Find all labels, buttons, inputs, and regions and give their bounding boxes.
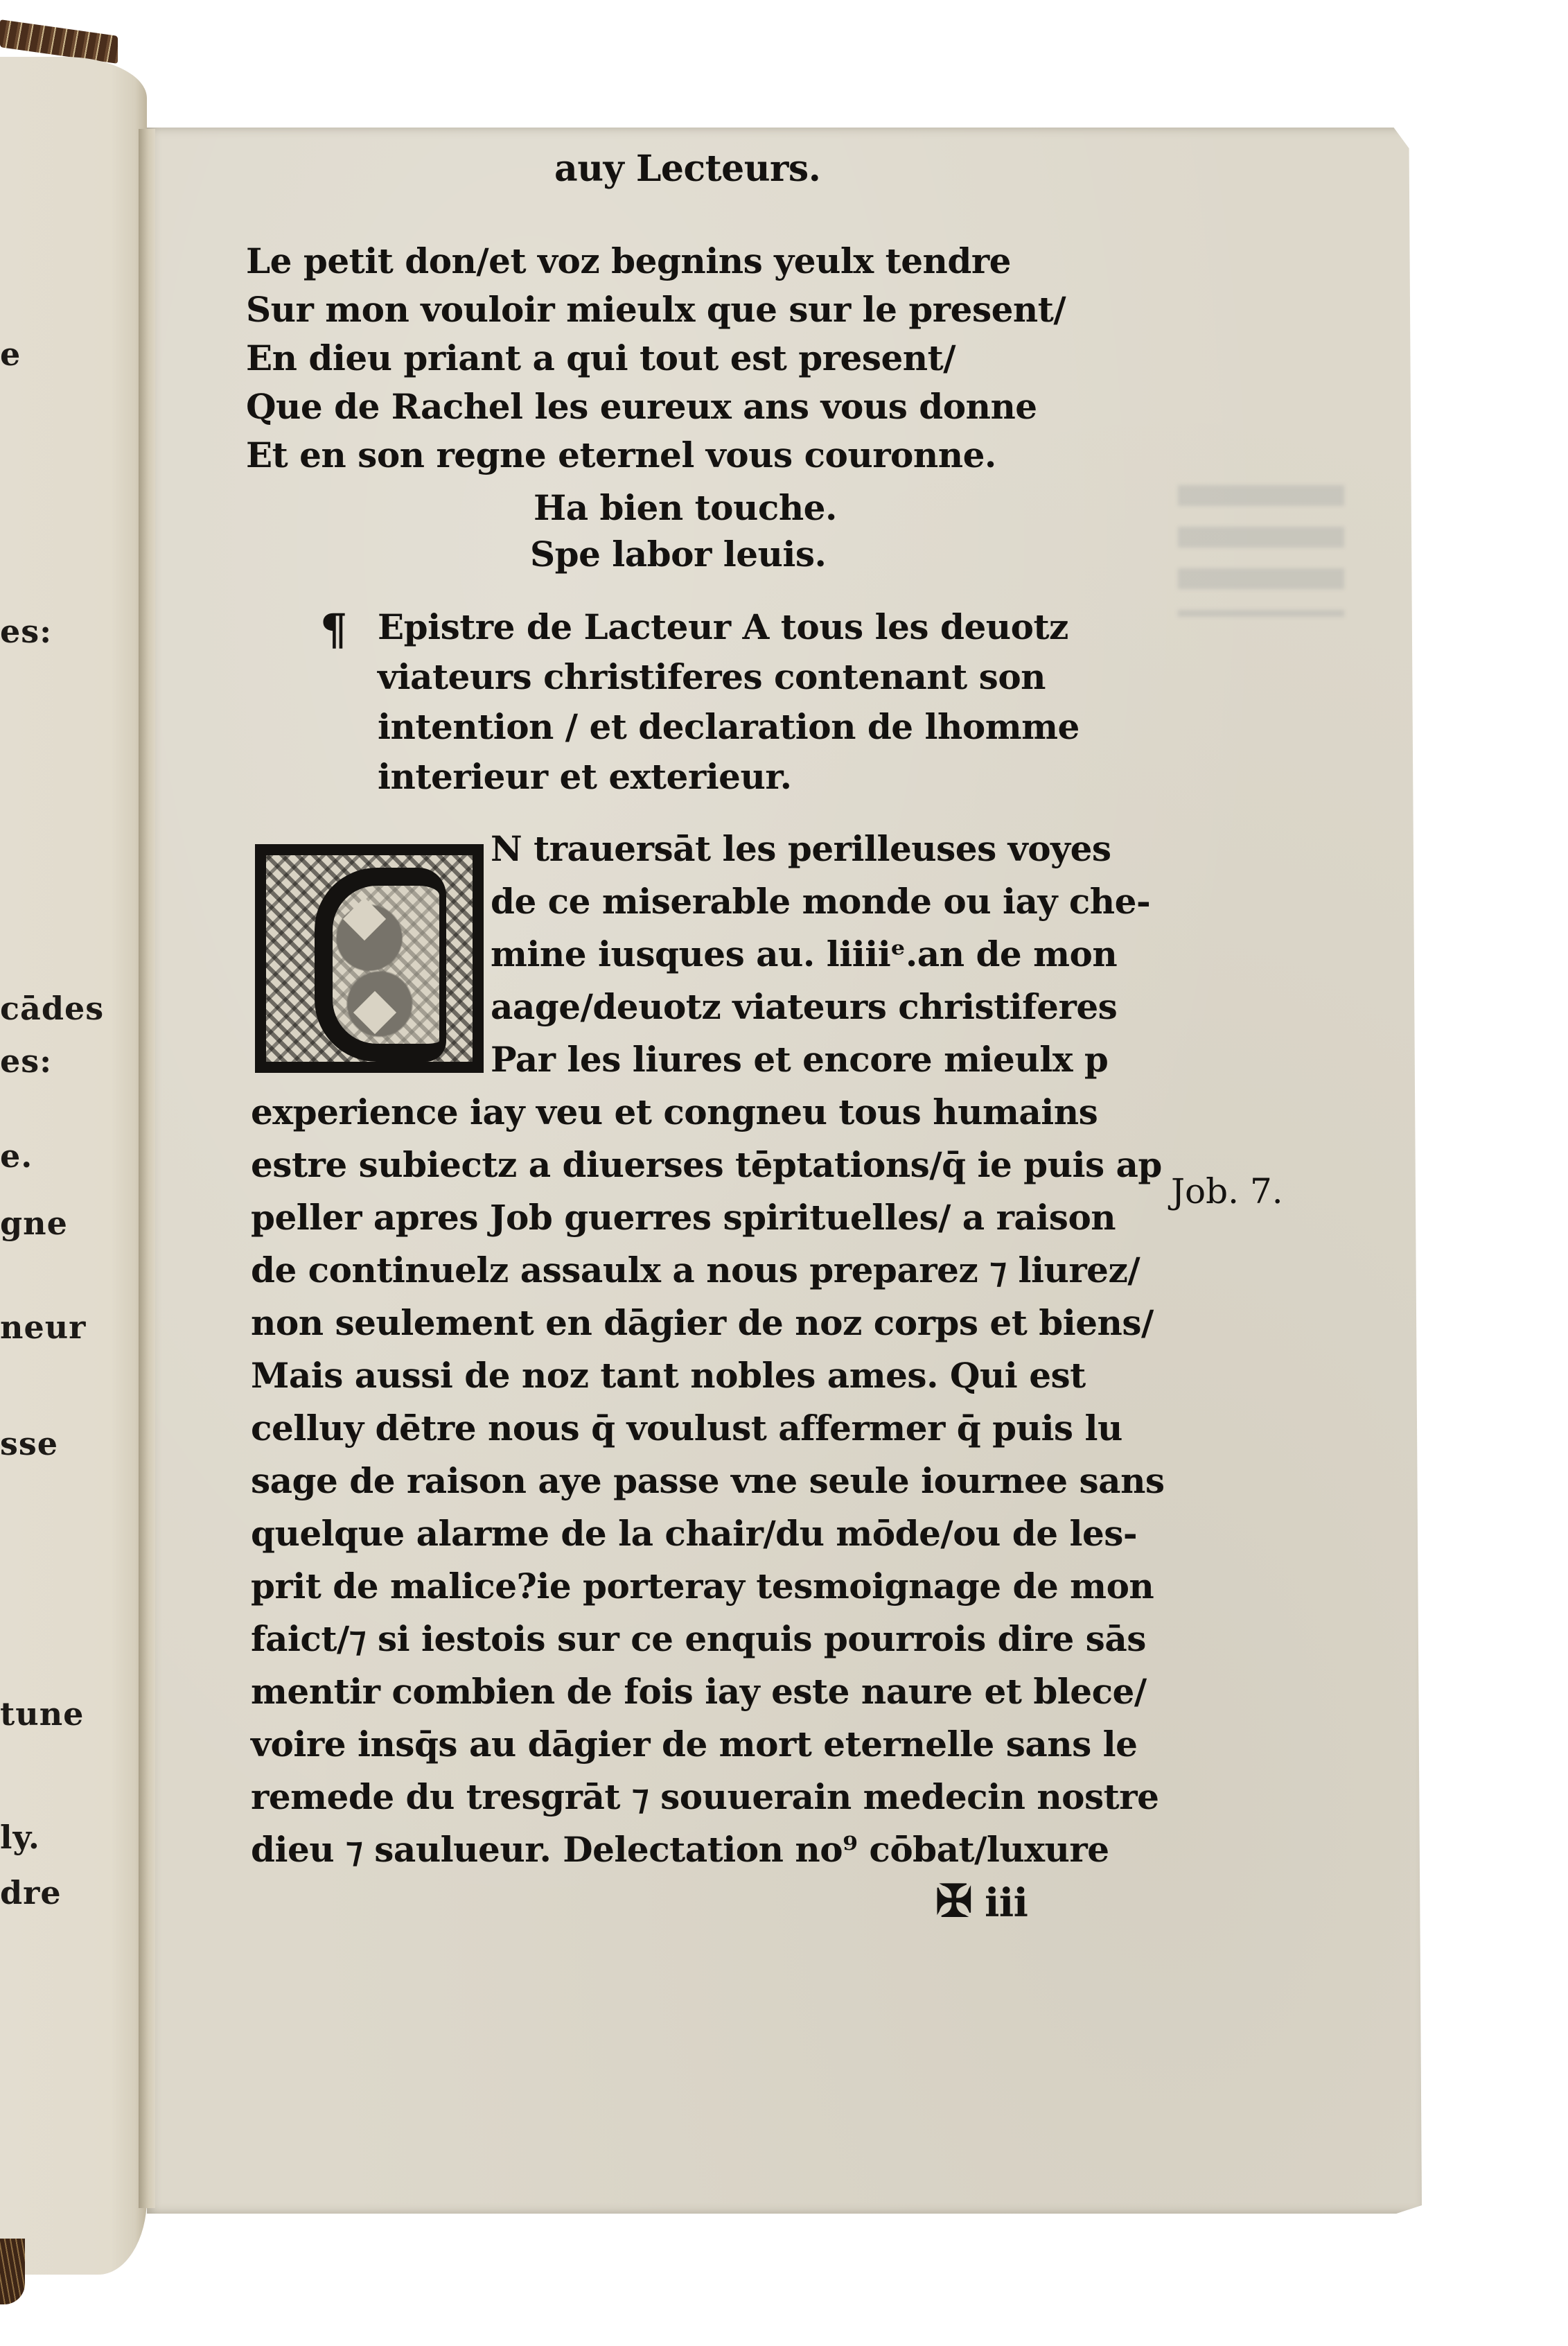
body-line: experience iay veu et congneu tous humai… (251, 1095, 1098, 1130)
left-page: e es: cādes es: e. gne neur sse tune ly.… (0, 57, 147, 2275)
epistle-heading-line: intention / et declaration de lhomme (378, 710, 1080, 744)
book-cover-edge-bottom (0, 2239, 25, 2304)
cross-pattee-icon: ✠ (935, 1875, 972, 1927)
body-line: sage de raison aye passe vne seule iourn… (251, 1464, 1165, 1498)
body-line: estre subiectz a diuerses tēptations/q̄ … (251, 1148, 1162, 1182)
pilcrow-icon: ¶ (320, 604, 347, 655)
body-line: remede du tresgrāt ⁊ souuerain medecin n… (251, 1780, 1159, 1814)
body-line: prit de malice?ie porteray tesmoignage d… (251, 1569, 1154, 1604)
left-page-fragment: ly. (0, 1821, 40, 1853)
initial-letter-e (315, 868, 446, 1062)
verse-line: Sur mon vouloir mieulx que sur le presen… (246, 292, 1066, 327)
body-line: de continuelz assaulx a nous preparez ⁊ … (251, 1253, 1140, 1288)
body-line: peller apres Job guerres spirituelles/ a… (251, 1200, 1116, 1235)
folio-number: iii (985, 1880, 1028, 1926)
left-page-fragment: neur (0, 1311, 86, 1343)
verse-line: Que de Rachel les eureux ans vous donne (246, 389, 1037, 424)
body-line: quelque alarme de la chair/du mōde/ou de… (251, 1516, 1137, 1551)
verse-line: Et en son regne eternel vous couronne. (246, 438, 996, 473)
decorated-initial (255, 844, 484, 1073)
body-line: voire insq̄s au dāgier de mort eternelle… (251, 1727, 1137, 1762)
body-line: mentir combien de fois iay este naure et… (251, 1674, 1147, 1709)
left-page-fragment: gne (0, 1207, 68, 1239)
left-page-fragment: es: (0, 615, 52, 647)
ink-show-through (1178, 485, 1344, 617)
marginal-note: Job. 7. (1171, 1171, 1283, 1211)
verse-line: En dieu priant a qui tout est present/ (246, 341, 955, 376)
epistle-heading-line: viateurs christiferes contenant son (378, 660, 1046, 694)
body-line: dieu ⁊ saulueur. Delectation no⁹ cōbat/l… (251, 1832, 1109, 1867)
body-line: Par les liures et encore mieulx p (491, 1042, 1108, 1077)
left-page-fragment: dre (0, 1877, 62, 1909)
body-line: Mais aussi de noz tant nobles ames. Qui … (251, 1358, 1086, 1393)
book-gutter (139, 129, 155, 2208)
left-page-fragment: cādes (0, 992, 104, 1024)
signature-mark: ✠iii (935, 1880, 1028, 1924)
body-line: mine iusques au. liiiiᵉ.an de mon (491, 937, 1117, 972)
motto: Spe labor leuis. (530, 537, 826, 572)
epistle-heading-line: interieur et exterieur. (378, 760, 792, 794)
left-page-fragment: tune (0, 1698, 84, 1730)
left-page-fragment: e (0, 338, 21, 370)
body-line: N trauersāt les perilleuses voyes (491, 832, 1111, 866)
body-line: faict/⁊ si iestois sur ce enquis pourroi… (251, 1622, 1146, 1656)
epistle-heading-line: Epistre de Lacteur A tous les deuotz (378, 610, 1068, 645)
floral-ornament-icon (266, 855, 473, 1062)
left-page-fragment: e. (0, 1140, 33, 1172)
left-page-fragment: sse (0, 1428, 58, 1460)
body-line: de ce miserable monde ou iay che- (491, 884, 1150, 919)
running-head: auy Lecteurs. (554, 151, 820, 187)
verse-line: Le petit don/et voz begnins yeulx tendre (246, 244, 1011, 279)
body-line: celluy dētre nous q̄ voulust affermer q̄… (251, 1411, 1122, 1446)
motto: Ha bien touche. (534, 491, 837, 525)
body-line: aage/deuotz viateurs christiferes (491, 990, 1117, 1024)
left-page-fragment: es: (0, 1045, 52, 1077)
body-line: non seulement en dāgier de noz corps et … (251, 1306, 1154, 1340)
